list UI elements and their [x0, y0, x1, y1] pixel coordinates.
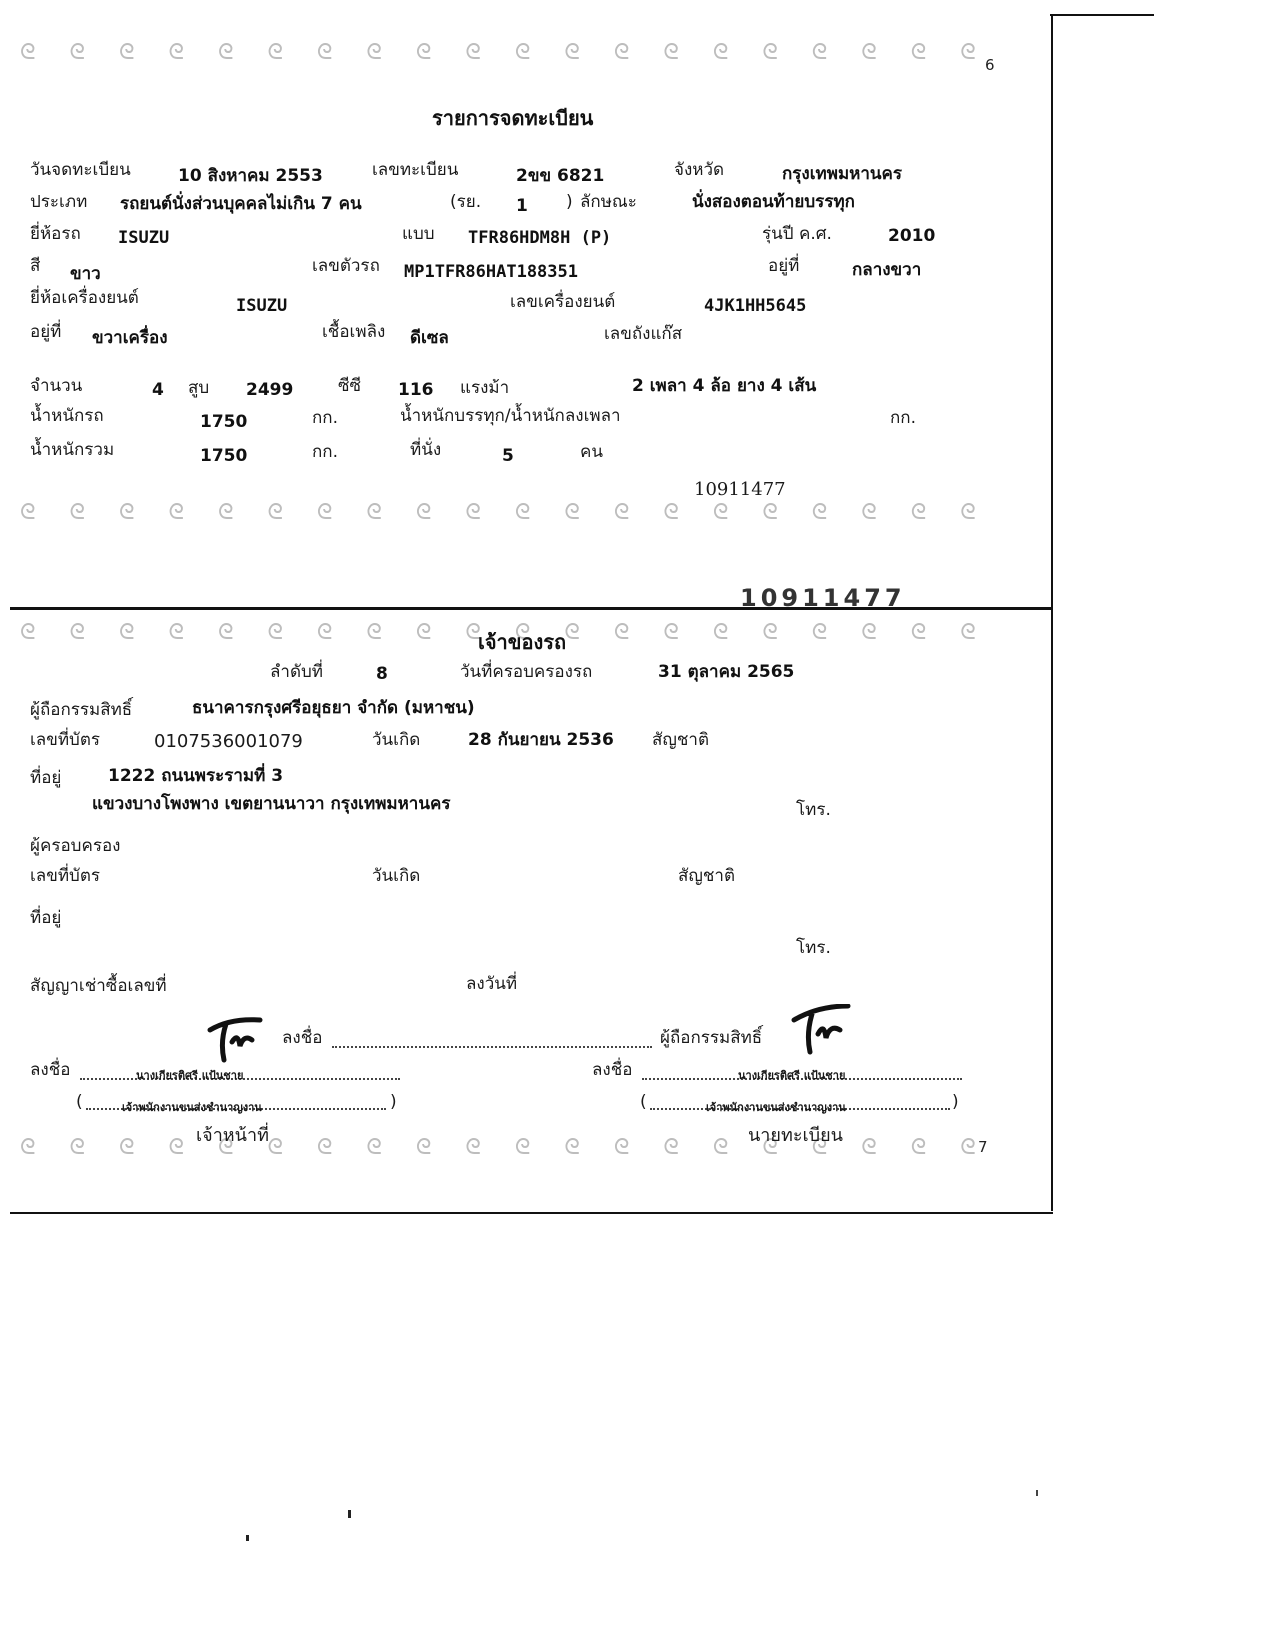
model: TFR86HDM8H (P): [468, 228, 611, 248]
load-unit: กก.: [890, 408, 916, 428]
label-fuel: เชื้อเพลิง: [322, 322, 385, 342]
scan-speck: [246, 1535, 249, 1541]
ry-close: ): [566, 192, 573, 212]
label-registration-date: วันจดทะเบียน: [30, 160, 131, 180]
signature-icon-registrar: [790, 1004, 854, 1056]
frame-top-right: [1050, 14, 1154, 16]
officer-title: เจ้าหน้าที่: [196, 1126, 269, 1146]
label-engine-location: อยู่ที่: [30, 322, 61, 342]
label-phone: โทร.: [796, 800, 831, 820]
gross-unit: กก.: [312, 442, 338, 462]
page-number-bottom: 7: [978, 1138, 988, 1156]
seats-unit: คน: [580, 442, 603, 462]
label-order: ลำดับที่: [270, 662, 323, 682]
label-weight: น้ำหนักรถ: [30, 406, 104, 426]
label-load: น้ำหนักบรรทุก/น้ำหนักลงเพลา: [400, 406, 621, 426]
label-engine-brand: ยี่ห้อเครื่องยนต์: [30, 288, 139, 308]
engine-location: ขวาเครื่อง: [92, 328, 168, 348]
label-possessor-phone: โทร.: [796, 938, 831, 958]
label-holder-signature: ผู้ถือกรรมสิทธิ์: [660, 1028, 762, 1048]
vehicle-registration-page: ᘓᘓᘓᘓᘓᘓᘓᘓᘓᘓᘓᘓᘓᘓᘓᘓᘓᘓᘓᘓ ᘓᘓᘓᘓᘓᘓᘓᘓᘓᘓᘓᘓᘓᘓᘓᘓᘓᘓᘓ…: [0, 0, 1275, 1650]
label-dob: วันเกิด: [372, 730, 420, 750]
label-sign-officer: ลงชื่อ: [30, 1060, 70, 1080]
label-possessor-nationality: สัญชาติ: [678, 866, 735, 886]
owner-title: เจ้าของรถ: [478, 626, 566, 658]
province: กรุงเทพมหานคร: [782, 164, 902, 184]
cylinders: 4: [152, 380, 164, 400]
label-type: ประเภท: [30, 192, 87, 212]
label-sign-registrar: ลงชื่อ: [592, 1060, 632, 1080]
chassis-number: MP1TFR86HAT188351: [404, 262, 578, 282]
label-sign-holder: ลงชื่อ: [282, 1028, 322, 1048]
label-ry: (รย.: [450, 192, 481, 212]
registrar-position: เจ้าพนักงานขนส่งชำนาญงาน: [706, 1098, 846, 1118]
label-contract-number: สัญญาเช่าซื้อเลขที่: [30, 976, 167, 996]
label-province: จังหวัด: [674, 160, 724, 180]
date-of-birth: 28 กันยายน 2536: [468, 730, 614, 750]
brand: ISUZU: [118, 228, 169, 248]
officer-position-open: (: [76, 1092, 83, 1112]
order-number: 8: [376, 664, 388, 684]
label-possession-date: วันที่ครอบครองรถ: [460, 662, 592, 682]
displacement: 2499: [246, 380, 293, 400]
label-holder: ผู้ถือกรรมสิทธิ์: [30, 700, 132, 720]
gross-weight: 1750: [200, 446, 247, 466]
fuel: ดีเซล: [410, 328, 449, 348]
label-brand: ยี่ห้อรถ: [30, 224, 81, 244]
label-contract-date: ลงวันที่: [466, 974, 517, 994]
color: ขาว: [70, 264, 101, 284]
signature-icon-officer: [206, 1016, 266, 1064]
label-address: ที่อยู่: [30, 768, 61, 788]
hp-unit: แรงม้า: [460, 378, 509, 398]
model-year: 2010: [888, 226, 935, 246]
label-nationality: สัญชาติ: [652, 730, 709, 750]
engine-number: 4JK1HH5645: [704, 296, 806, 316]
possession-date: 31 ตุลาคม 2565: [658, 662, 794, 682]
label-gross-weight: น้ำหนักรวม: [30, 440, 114, 460]
label-color: สี: [30, 256, 40, 276]
vehicle-weight: 1750: [200, 412, 247, 432]
registrar-position-open: (: [640, 1092, 647, 1112]
label-id: เลขที่บัตร: [30, 730, 100, 750]
label-possessor-address: ที่อยู่: [30, 908, 61, 928]
scan-speck: [1036, 1490, 1038, 1496]
officer-name: นางเกียรติศรี แป้นชาย: [136, 1066, 243, 1086]
label-possessor-dob: วันเกิด: [372, 866, 420, 886]
label-chassis-location: อยู่ที่: [768, 256, 799, 276]
officer-position: เจ้าพนักงานขนส่งชำนาญงาน: [122, 1098, 262, 1118]
label-count: จำนวน: [30, 376, 82, 396]
officer-position-close: ): [390, 1092, 397, 1112]
frame-bottom-border: [10, 1212, 1053, 1214]
seats: 5: [502, 446, 514, 466]
address-line-1: 1222 ถนนพระรามที่ 3: [108, 766, 283, 786]
frame-right-border: [1051, 16, 1053, 1211]
label-chassis: เลขตัวรถ: [312, 256, 380, 276]
address-line-2: แขวงบางโพงพาง เขตยานนาวา กรุงเทพมหานคร: [92, 794, 450, 814]
label-engine-number: เลขเครื่องยนต์: [510, 292, 615, 312]
registrar-position-close: ): [952, 1092, 959, 1112]
registrar-name: นางเกียรติศรี แป้นชาย: [738, 1066, 845, 1086]
label-gas-tank: เลขถังแก๊ส: [604, 324, 682, 344]
engine-brand: ISUZU: [236, 296, 287, 316]
label-possessor-id: เลขที่บัตร: [30, 866, 100, 886]
weight-unit: กก.: [312, 408, 338, 428]
horsepower: 116: [398, 380, 434, 400]
body-style: นั่งสองตอนท้ายบรรทุก: [692, 192, 855, 212]
ry-code: 1: [516, 196, 528, 216]
cc-unit: ซีซี: [338, 376, 361, 396]
registrar-title: นายทะเบียน: [748, 1126, 843, 1146]
label-model: แบบ: [402, 224, 435, 244]
page-number-top: 6: [985, 56, 995, 74]
axles-wheels: 2 เพลา 4 ล้อ ยาง 4 เส้น: [632, 376, 816, 396]
registration-date: 10 สิงหาคม 2553: [178, 166, 323, 186]
serial-number: 10911477: [694, 480, 786, 500]
label-body: ลักษณะ: [580, 192, 637, 212]
label-plate: เลขทะเบียน: [372, 160, 458, 180]
registration-title: รายการจดทะเบียน: [432, 102, 593, 134]
label-year: รุ่นปี ค.ศ.: [762, 224, 832, 244]
id-number: 0107536001079: [154, 732, 303, 752]
label-seats: ที่นั่ง: [410, 440, 441, 460]
serial-number-struck: 10911477: [740, 588, 906, 608]
plate-number: 2ขข 6821: [516, 166, 604, 186]
cylinder-unit: สูบ: [188, 378, 209, 398]
scan-speck: [348, 1510, 351, 1518]
holder-name: ธนาคารกรุงศรีอยุธยา จำกัด (มหาชน): [192, 698, 475, 718]
vehicle-type: รถยนต์นั่งส่วนบุคคลไม่เกิน 7 คน: [120, 194, 362, 214]
chassis-location: กลางขวา: [852, 260, 921, 280]
label-possessor: ผู้ครอบครอง: [30, 836, 120, 856]
holder-signature-line: [332, 1046, 652, 1048]
